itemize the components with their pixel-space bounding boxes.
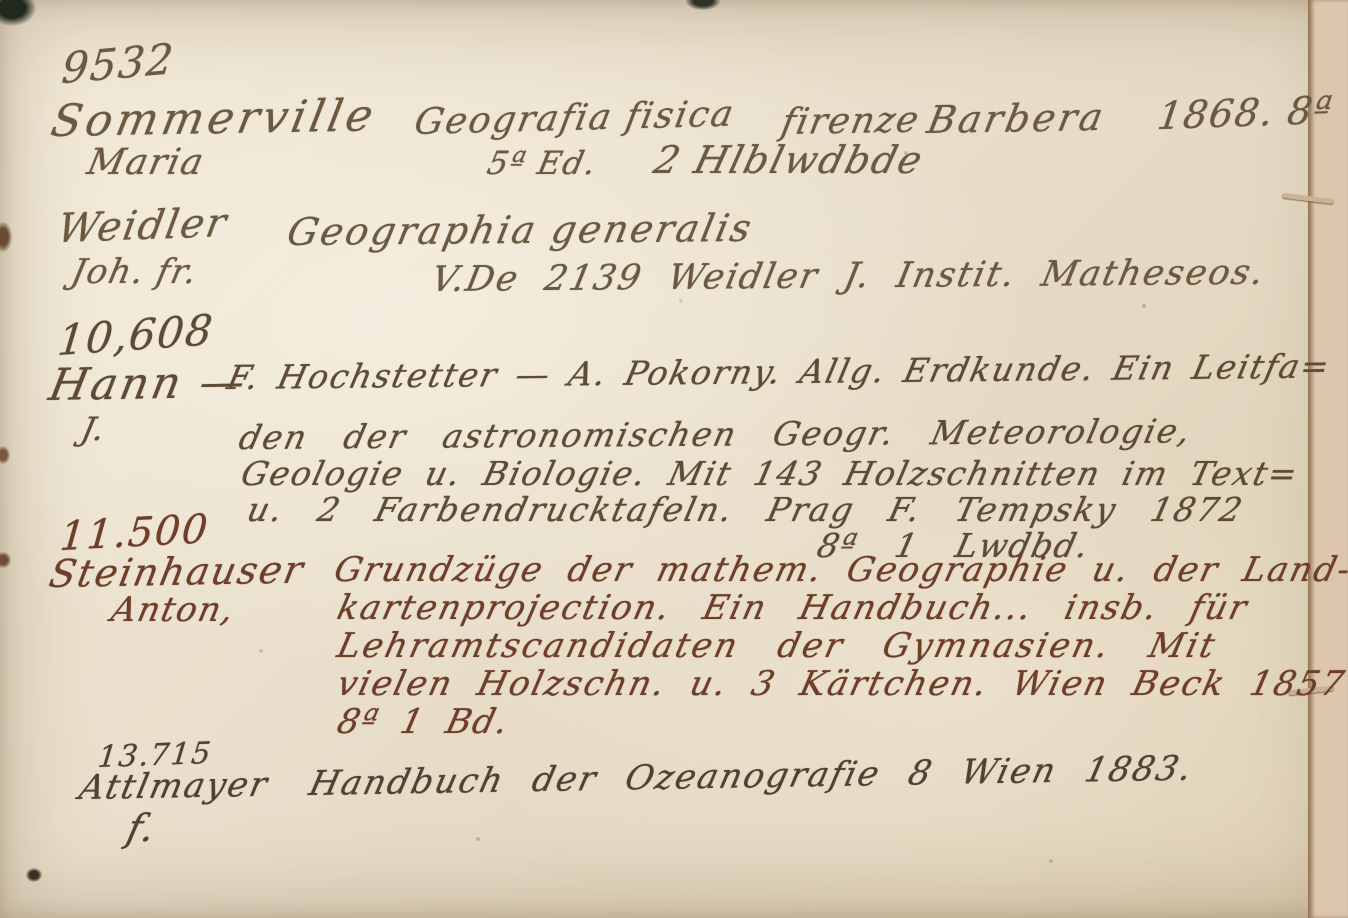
entry-1-edition: 5ª Ed.	[484, 144, 601, 182]
corner-stain-top-left	[0, 0, 36, 26]
entry-5-author: Attlmayer	[76, 765, 273, 808]
entry-4-author-firstname: Anton,	[108, 590, 239, 630]
entry-4-author: Steinhauser	[46, 547, 309, 596]
entry-2-title: Geographia generalis	[284, 206, 758, 254]
entry-4-collation: 8ª 1 Bd.	[333, 702, 513, 742]
entry-3-shelf-number: 10,608	[55, 305, 216, 365]
left-edge-stain-1	[0, 222, 12, 252]
entry-5-line-1: Handbuch der Ozeanografie 8 Wien 1883.	[305, 749, 1197, 805]
entry-3-line-4: u. 2 Farbendrucktafeln. Prag F. Tempsky …	[243, 490, 1247, 529]
entry-3-line-1: F. Hochstetter — A. Pokorny. Allg. Erdku…	[224, 346, 1335, 397]
entry-1-year-format: 1868. 8ª	[1155, 88, 1336, 138]
entry-1-shelf-number: 9532	[60, 34, 177, 93]
entry-2-author-firstname: Joh. fr.	[68, 252, 202, 292]
left-edge-stain-2	[0, 446, 10, 464]
top-edge-stain	[686, 0, 720, 10]
entry-2-author: Weidler	[54, 200, 232, 252]
entry-1-title: Geografia fisica	[411, 94, 738, 144]
entry-3-author-firstname: J.	[78, 410, 110, 448]
entry-4-line-3: Lehramtscandidaten der Gymnasien. Mit	[333, 626, 1221, 666]
entry-1-place: firenze	[778, 100, 923, 144]
page-edge	[1308, 0, 1348, 918]
catalogue-page: 9532 Sommerville Geografia fisica firenz…	[0, 0, 1348, 918]
entry-3-line-2: den der astronomischen Geogr. Meteorolog…	[236, 411, 1196, 457]
entry-1-author-firstname: Maria	[84, 142, 209, 183]
bottom-left-stain	[26, 868, 42, 882]
entry-3-line-3: Geologie u. Biologie. Mit 143 Holzschnit…	[237, 454, 1302, 493]
entry-3-author: Hann —	[45, 356, 252, 411]
entry-2-cross-reference: V.De 2139 Weidler J. Instit. Matheseos.	[428, 253, 1269, 300]
entry-1-binding: 2 Hlblwdbde	[650, 138, 929, 182]
entry-4-line-1: Grundzüge der mathem. Geographie u. der …	[330, 550, 1348, 590]
entry-4-line-2: kartenprojection. Ein Handbuch... insb. …	[333, 588, 1252, 628]
entry-4-line-4: vielen Holzschn. u. 3 Kärtchen. Wien Bec…	[333, 664, 1348, 704]
left-edge-stain-3	[0, 552, 11, 568]
paper-speckles	[0, 0, 2, 2]
entry-5-author-firstname: f.	[123, 806, 161, 850]
entry-1-author: Sommerville	[47, 90, 381, 147]
entry-1-publisher: Barbera	[924, 95, 1110, 142]
